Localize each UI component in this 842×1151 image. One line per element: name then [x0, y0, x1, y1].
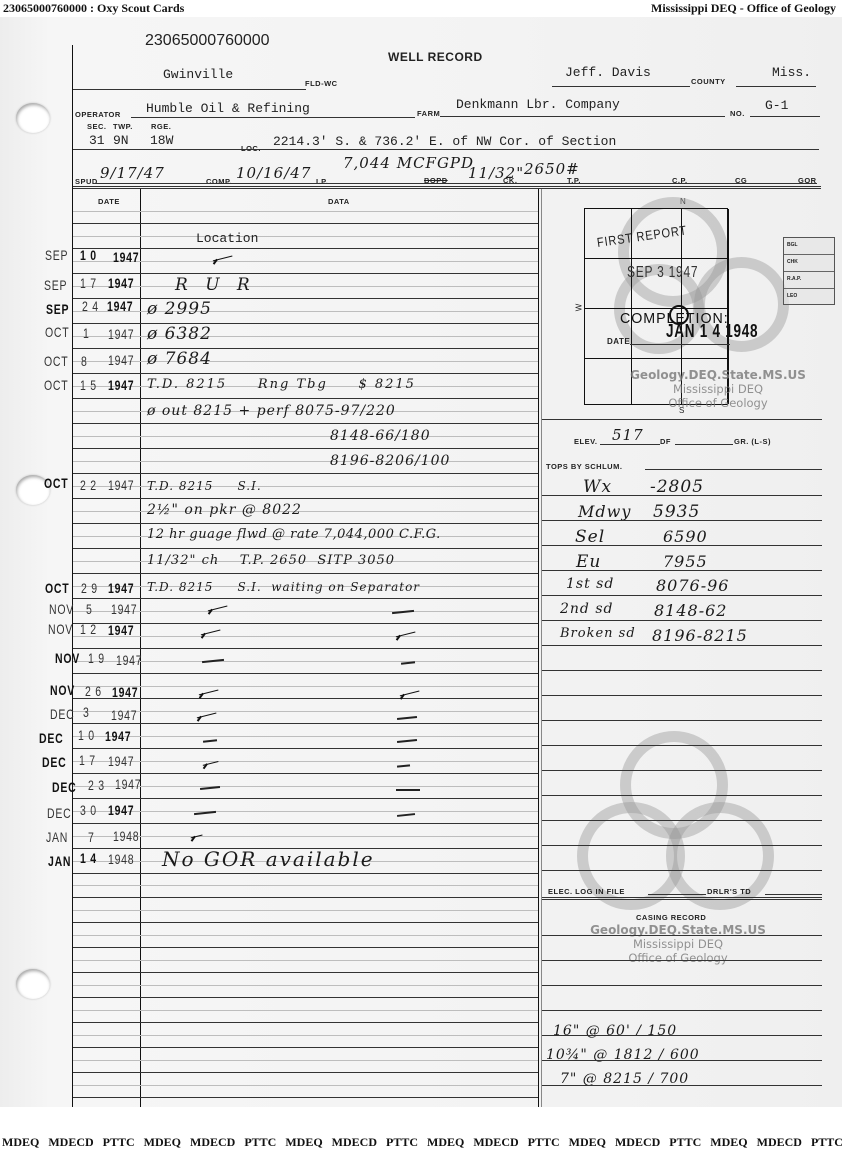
panel-rule [542, 1035, 822, 1036]
county-value: Jeff. Davis [565, 65, 651, 80]
punch-hole-bottom [16, 969, 50, 999]
row-month: NOV [48, 621, 73, 637]
table-rule [73, 1072, 538, 1073]
table-rule-faint [73, 811, 538, 812]
row-year: 1947 [108, 477, 134, 493]
table-rule-faint [73, 786, 538, 787]
well-record-card: 23065000760000 WELL RECORD Gwinville FLD… [0, 17, 842, 1107]
rule [630, 344, 730, 345]
table-rule [73, 1047, 538, 1048]
table-rule [73, 323, 538, 324]
log-entry: T.D. 8215 Rng Tbg $ 8215 [147, 377, 416, 392]
rule [645, 469, 822, 470]
check-mark-icon [200, 625, 221, 636]
row-day: 1 [83, 325, 90, 341]
panel-rule [542, 960, 822, 961]
table-rule-faint [73, 761, 538, 762]
table-rule-faint [73, 836, 538, 837]
field-label: FLD-WC [305, 79, 338, 88]
row-month: NOV [49, 601, 74, 617]
table-rule [73, 548, 538, 549]
row-day: 2 3 [88, 777, 105, 793]
row-month: OCT [44, 475, 68, 491]
rule [131, 117, 415, 118]
row-day: 1 7 [80, 275, 97, 291]
date-column-header: DATE [98, 197, 120, 206]
row-month: SEP [44, 277, 67, 293]
row-year: 1947 [115, 776, 141, 792]
dash-mark-icon [397, 739, 417, 743]
watermark-line3: Office of Geology [618, 396, 818, 410]
row-month: JAN [46, 829, 68, 845]
county-label: COUNTY [691, 77, 726, 86]
top-name: Eu [576, 552, 601, 572]
row-month: DEC [47, 805, 71, 821]
log-entry: T.D. 8215 S.I. [147, 479, 262, 493]
table-rule [73, 498, 538, 499]
table-rule [73, 648, 538, 649]
watermark-text: Geology.DEQ.State.MS.US Mississippi DEQ … [578, 923, 778, 965]
table-rule [73, 897, 538, 898]
routing-initial: LEO [784, 289, 834, 306]
log-entry: ø out 8215 + perf 8075-97/220 [147, 403, 396, 419]
table-rule-faint [73, 286, 538, 287]
panel-rule [542, 520, 822, 521]
dash-mark-icon [397, 813, 415, 816]
table-rule-faint [73, 1035, 538, 1036]
top-depth: -2805 [650, 477, 704, 497]
row-year: 1947 [108, 352, 134, 368]
row-day: 2 9 [81, 580, 98, 596]
year: 1947 [105, 728, 131, 744]
log-entry: 2½" on pkr @ 8022 [147, 502, 302, 518]
row-day: 1 9 [88, 650, 105, 666]
twp-label: TWP. [113, 122, 133, 131]
rule [73, 186, 821, 189]
panel-rule [542, 545, 822, 546]
routing-stamp: BGL CHK R.A.P. LEO [783, 237, 835, 305]
table-rule [73, 273, 538, 274]
log-entry: R U R [175, 275, 256, 295]
watermark-line2: Mississippi DEQ [578, 937, 778, 951]
row-year: 1947 [112, 684, 138, 700]
row-month: OCT [44, 353, 68, 369]
rule [95, 183, 817, 184]
table-rule [73, 223, 538, 224]
table-rule-faint [73, 1060, 538, 1061]
rule [552, 86, 690, 87]
panel-rule [542, 620, 822, 621]
form-title: WELL RECORD [388, 50, 483, 64]
year: 1947 [108, 580, 134, 596]
table-rule-faint [73, 960, 538, 961]
log-entry: 11/32" ch T.P. 2650 SITP 3050 [147, 553, 395, 568]
table-rule-faint [73, 486, 538, 487]
check-mark-icon [399, 686, 420, 697]
table-rule-faint [73, 1085, 538, 1086]
casing-entry: 16" @ 60' / 150 [553, 1023, 677, 1039]
table-rule-faint [73, 1010, 538, 1011]
rule [736, 86, 816, 87]
row-month: NOV [55, 650, 80, 666]
log-entry: 8148-66/180 [330, 428, 431, 444]
table-rule [73, 298, 538, 299]
check-mark-icon [212, 251, 233, 262]
table-rule [73, 698, 538, 699]
sec-value: 31 [89, 133, 105, 148]
panel-rule [542, 985, 822, 986]
row-year: 1947 [108, 326, 134, 342]
table-rule-faint [73, 686, 538, 687]
rule [765, 894, 822, 895]
month: DEC [42, 754, 66, 770]
row-year: 1947 [108, 802, 134, 818]
log-entry-location: Location [196, 231, 258, 246]
rule [73, 149, 819, 150]
table-rule [73, 723, 538, 724]
row-year: 1947 [107, 298, 133, 314]
agency-title: Mississippi DEQ - Office of Geology [651, 0, 836, 16]
table-rule [73, 623, 538, 624]
table-rule-faint [73, 985, 538, 986]
watermark-line1: Geology.DEQ.State.MS.US [618, 368, 818, 382]
top-name: Wx [583, 477, 612, 497]
panel-rule [542, 570, 822, 571]
spud-value: 9/17/47 [100, 164, 165, 182]
table-rule [73, 523, 538, 524]
panel-rule [542, 870, 822, 871]
dash-mark-icon [203, 739, 217, 742]
dash-mark-icon [397, 716, 417, 720]
rule [648, 894, 706, 895]
row-day: 1 0 [78, 727, 95, 743]
table-rule-faint [73, 361, 538, 362]
month: SEP [46, 301, 69, 317]
row-day: 1 5 [80, 377, 97, 393]
year: 1947 [107, 298, 133, 314]
row-month: SEP [45, 247, 68, 263]
rule [600, 444, 660, 445]
check-mark-icon [207, 601, 228, 612]
top-name: 1st sd [566, 576, 614, 592]
table-rule [73, 348, 538, 349]
month: DEC [39, 730, 63, 746]
row-day: 1 2 [80, 621, 97, 637]
year: 1947 [108, 377, 134, 393]
table-rule-faint [73, 211, 538, 212]
panel-rule [542, 495, 822, 496]
log-entry: ø 7684 [147, 349, 212, 369]
west-label: W [574, 304, 583, 312]
row-year: 1947 [105, 728, 131, 744]
table-rule-faint [73, 436, 538, 437]
farm-value: Denkmann Lbr. Company [456, 97, 620, 112]
routing-initial: BGL [784, 238, 834, 255]
table-rule-faint [73, 311, 538, 312]
rule [675, 444, 733, 445]
year: 1947 [108, 802, 134, 818]
well-no-value: G-1 [765, 98, 788, 113]
elec-log-label: ELEC. LOG IN FILE [548, 887, 625, 896]
log-entry: ø 2995 [147, 299, 212, 319]
comp-label: COMP. [206, 177, 232, 186]
row-month: DEC [39, 730, 63, 746]
twp-value: 9N [113, 133, 129, 148]
rge-value: 18W [150, 133, 173, 148]
table-rule [73, 423, 538, 424]
rule [440, 116, 725, 117]
rge-label: RGE. [151, 122, 171, 131]
row-month: OCT [45, 580, 69, 596]
rule [73, 89, 306, 90]
panel-rule [542, 1010, 822, 1011]
rule [542, 897, 822, 900]
row-month: DEC [52, 779, 76, 795]
operator-value: Humble Oil & Refining [146, 101, 310, 116]
table-rule [73, 573, 538, 574]
log-entry-no-gor: No GOR available [162, 847, 375, 871]
routing-initial: CHK [784, 255, 834, 272]
day: 1 4 [80, 850, 97, 866]
month: NOV [50, 682, 75, 698]
row-day: 2 2 [80, 477, 97, 493]
table-rule [73, 997, 538, 998]
table-rule [73, 473, 538, 474]
table-rule [73, 947, 538, 948]
row-month: DEC [42, 754, 66, 770]
log-entry: ø 6382 [147, 324, 212, 344]
row-day: 7 [88, 829, 95, 845]
table-rule-faint [73, 910, 538, 911]
check-mark-icon [196, 708, 217, 719]
plat-date-label: DATE [607, 337, 630, 346]
table-rule [73, 1097, 538, 1098]
table-rule-faint [73, 736, 538, 737]
row-month: SEP [46, 301, 69, 317]
rule [542, 419, 822, 420]
footer-agencies: MDEQ MDECD PTTC MDEQ MDECD PTTC MDEQ MDE… [0, 1133, 842, 1151]
table-rule [73, 248, 538, 249]
month: OCT [45, 580, 69, 596]
operator-label: OPERATOR [75, 110, 121, 119]
row-day: 2 4 [82, 298, 99, 314]
month: JAN [48, 853, 71, 869]
dash-mark-icon [396, 789, 420, 791]
elevation-value: 517 [612, 426, 644, 444]
row-month: DEC [50, 706, 74, 722]
row-year: 1947 [111, 707, 137, 723]
table-rule-faint [73, 885, 538, 886]
panel-rule [542, 820, 822, 821]
watermark-line2: Mississippi DEQ [618, 382, 818, 396]
right-panel-divider [538, 189, 539, 1107]
table-rule [73, 823, 538, 824]
day: 1 0 [80, 247, 97, 263]
gr-label: GR. (L-S) [734, 437, 771, 446]
top-name: Mdwy [578, 502, 631, 521]
table-rule-faint [73, 661, 538, 662]
punch-hole-top [16, 103, 50, 133]
month: DEC [52, 779, 76, 795]
top-name: Sel [575, 527, 605, 547]
table-rule [73, 748, 538, 749]
row-month: OCT [45, 324, 69, 340]
panel-rule [542, 745, 822, 746]
df-label: DF [660, 437, 671, 446]
date: SEP 3 1947 [627, 264, 698, 281]
year: 1947 [108, 622, 134, 638]
log-entry: 8196-8206/100 [330, 453, 450, 469]
log-entry: T.D. 8215 S.I. waiting on Separator [147, 580, 420, 594]
month: NOV [55, 650, 80, 666]
row-day: 5 [86, 601, 93, 617]
top-depth: 8076-96 [656, 576, 729, 595]
top-name: 2nd sd [560, 601, 613, 617]
top-depth: 7955 [663, 552, 708, 571]
row-day: 1 0 [80, 247, 97, 263]
top-depth: 6590 [663, 527, 708, 546]
table-rule [73, 922, 538, 923]
row-year: 1948 [113, 828, 139, 844]
field-value: Gwinville [163, 67, 233, 82]
farm-label: FARM [417, 109, 440, 118]
panel-rule [542, 1060, 822, 1061]
month: OCT [44, 475, 68, 491]
ip-label: I.P. [316, 177, 328, 186]
data-column-header: DATA [328, 197, 350, 206]
top-depth: 8196-8215 [652, 626, 748, 645]
check-mark-icon [189, 830, 202, 839]
right-panel-divider-inner [541, 189, 542, 1107]
row-month: OCT [44, 377, 68, 393]
first-report-date: SEP 3 1947 [627, 264, 698, 282]
row-day: 3 [83, 704, 90, 720]
row-day: 2 6 [85, 683, 102, 699]
panel-rule [542, 770, 822, 771]
well-no-label: NO. [730, 109, 745, 118]
dash-mark-icon [397, 764, 410, 767]
spud-label: SPUD [75, 177, 98, 186]
panel-rule [542, 670, 822, 671]
tops-label: TOPS BY SCHLUM. [546, 462, 622, 471]
comp-value: 10/16/47 [236, 164, 311, 182]
completion-date: JAN 1 4 1948 [666, 321, 758, 342]
table-rule-faint [73, 461, 538, 462]
header-bar: 23065000760000 : Oxy Scout Cards Mississ… [0, 0, 842, 16]
table-rule [73, 773, 538, 774]
table-rule-faint [73, 935, 538, 936]
table-rule-faint [73, 611, 538, 612]
top-depth: 5935 [653, 502, 700, 522]
row-day: 8 [81, 353, 88, 369]
sec-label: SEC. [87, 122, 107, 131]
api-number: 23065000760000 [145, 32, 270, 50]
row-month: NOV [50, 682, 75, 698]
row-day: 1 4 [80, 850, 97, 866]
top-depth: 8148-62 [654, 601, 727, 620]
row-year: 1947 [111, 601, 137, 617]
table-rule-faint [73, 336, 538, 337]
table-rule-faint [73, 711, 538, 712]
dash-mark-icon [401, 661, 415, 664]
table-rule [73, 972, 538, 973]
table-rule [73, 798, 538, 799]
row-year: 1947 [108, 275, 134, 291]
row-year: 1947 [108, 580, 134, 596]
year: 1947 [112, 684, 138, 700]
row-month: JAN [48, 853, 71, 869]
row-year: 1947 [108, 377, 134, 393]
table-rule [73, 373, 538, 374]
table-rule-faint [73, 511, 538, 512]
ip-value: 7,044 MCFGPD [343, 154, 474, 172]
panel-rule [542, 695, 822, 696]
casing-record-label: CASING RECORD [636, 913, 706, 922]
table-rule-faint [73, 236, 538, 237]
table-rule [73, 448, 538, 449]
row-year: 1947 [108, 622, 134, 638]
table-rule [73, 598, 538, 599]
table-rule [73, 1022, 538, 1023]
panel-rule [542, 1085, 822, 1086]
panel-rule [542, 595, 822, 596]
routing-initial: R.A.P. [784, 272, 834, 289]
watermark-line3: Office of Geology [578, 951, 778, 965]
panel-rule [542, 720, 822, 721]
table-rule-faint [73, 636, 538, 637]
table-rule-faint [73, 261, 538, 262]
log-entry: 12 hr guage flwd @ rate 7,044,000 C.F.G. [147, 527, 441, 542]
row-year: 1947 [108, 753, 134, 769]
check-mark-icon [202, 756, 219, 766]
row-day: 1 7 [79, 752, 96, 768]
year: 1947 [108, 275, 134, 291]
row-year: 1947 [116, 652, 142, 668]
table-rule [73, 673, 538, 674]
document-id-title: 23065000760000 : Oxy Scout Cards [3, 0, 184, 16]
elevation-label: ELEV. [574, 437, 597, 446]
panel-rule [542, 645, 822, 646]
row-year: 1947 [113, 249, 139, 265]
top-name: Broken sd [560, 626, 636, 641]
table-rule [73, 398, 538, 399]
row-year: 1948 [108, 851, 134, 867]
year: 1947 [113, 249, 139, 265]
loc-value: 2214.3' S. & 736.2' E. of NW Cor. of Sec… [273, 134, 616, 149]
table-rule [73, 873, 538, 874]
panel-rule [542, 795, 822, 796]
date: JAN 1 4 1948 [666, 321, 758, 341]
state-value: Miss. [772, 65, 811, 80]
panel-rule [542, 845, 822, 846]
drillers-td-label: DRLR'S TD [707, 887, 751, 896]
panel-rule [542, 935, 822, 936]
watermark-text: Geology.DEQ.State.MS.US Mississippi DEQ … [618, 368, 818, 410]
row-day: 3 0 [80, 802, 97, 818]
rule [750, 116, 820, 117]
